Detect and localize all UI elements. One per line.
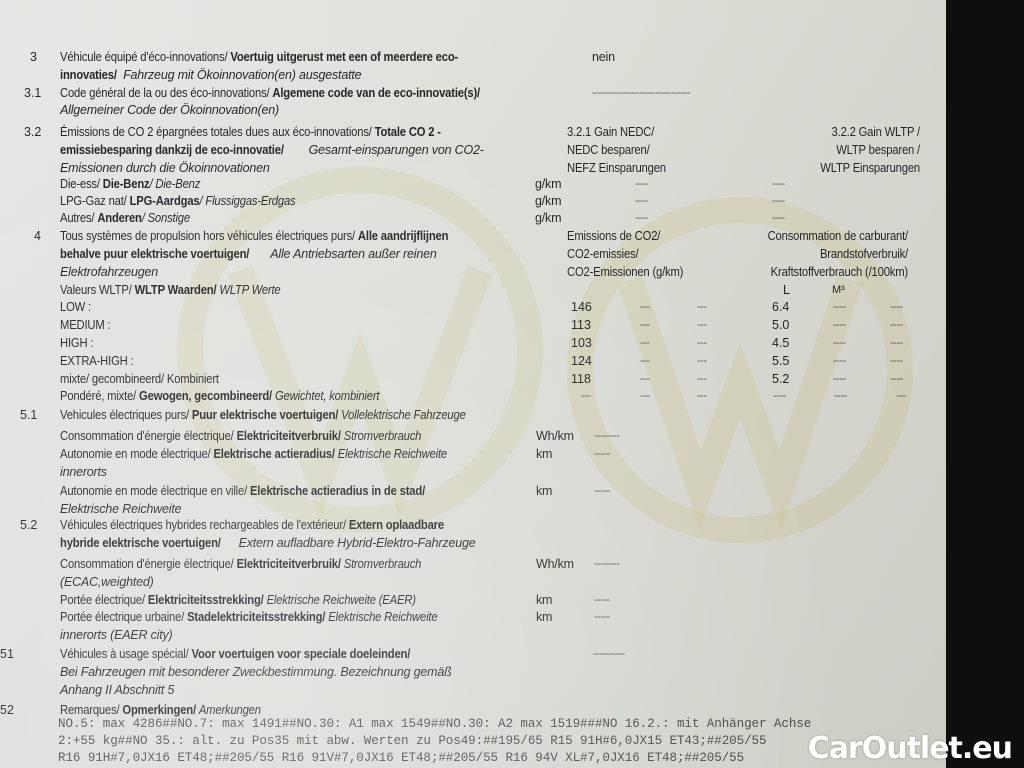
wltp-header-line: WLTP Einsparungen — [803, 159, 920, 177]
unit-label: km — [536, 591, 552, 609]
fuel-header-line: Consommation de carburant/ — [721, 227, 908, 245]
nedc-header-line: NEDC besparen/ — [567, 141, 650, 159]
registration-document-page: 3 Véhicule équipé d'éco-innovations/ Voe… — [0, 0, 946, 768]
metric-label: Consommation d'énergie électrique/ Elekt… — [60, 555, 421, 573]
co2-value: 103 — [571, 334, 592, 352]
dark-background — [946, 0, 1024, 768]
nedc-header-line: 3.2.1 Gain NEDC/ — [567, 123, 654, 141]
phase-label: MEDIUM : — [60, 316, 110, 334]
caroutlet-watermark: CarOutlet.eu — [808, 731, 1012, 766]
metric-label: Autonomie en mode électrique en ville/ E… — [60, 482, 425, 500]
section-3-line-2: innovaties/ Fahrzeug mit Ökoinnovation(e… — [60, 66, 361, 84]
unit-label: Wh/km — [536, 555, 574, 573]
extra-value: ---- — [890, 298, 903, 316]
extra-value: ---- — [890, 316, 903, 334]
co2-value: 113 — [571, 316, 591, 334]
remarks-line: R16 91H#7,0JX16 ET48;##205/55 R16 91V#7,… — [58, 750, 744, 767]
col3-value: --- — [697, 334, 707, 352]
co2-value: 118 — [571, 370, 591, 388]
section-number: 4 — [34, 227, 41, 245]
metric-label: Portée électrique/ Elektriciteitsstrekki… — [60, 591, 416, 609]
col2-value: --- — [640, 316, 650, 334]
liter-value: 4.5 — [772, 334, 789, 352]
co2-value: 146 — [571, 298, 592, 316]
wltp-value: ---- — [772, 192, 785, 210]
m3-value: ---- — [833, 316, 846, 334]
unit-label: km — [536, 608, 552, 626]
remarks-line: 2:+55 kg##NO 35.: alt. zu Pos35 mit abw.… — [58, 733, 766, 750]
section-number: 3.1 — [24, 84, 41, 102]
wltp-values-label: Valeurs WLTP/ WLTP Waarden/ WLTP Werte — [60, 281, 281, 299]
m3-value: ---- — [834, 387, 847, 405]
fuel-type-label: Die-ess/ Die-Benz/ Die-Benz — [60, 175, 200, 193]
metric-label-cont: innerorts (EAER city) — [60, 626, 173, 644]
section-3-1-line-1: Code général de la ou des éco-innovation… — [60, 84, 480, 102]
metric-label: Portée électrique urbaine/ Stadelektrici… — [60, 608, 437, 626]
co2-value: 124 — [571, 352, 592, 370]
liter-value: ---- — [773, 387, 786, 405]
section-number: 5.2 — [20, 516, 37, 534]
wltp-header-line: WLTP besparen / — [803, 141, 920, 159]
m3-value: ---- — [833, 298, 846, 316]
extra-value: ---- — [890, 370, 903, 388]
unit-label: Wh/km — [536, 427, 574, 445]
col2-value: --- — [640, 370, 650, 388]
remarks-line: NO.5: max 4286##NO.7: max 1491##NO.30: A… — [58, 716, 811, 733]
col3-value: --- — [697, 298, 707, 316]
phase-label: LOW : — [60, 298, 91, 316]
phase-label: mixte/ gecombineerd/ Kombiniert — [60, 370, 219, 388]
liter-value: 5.5 — [772, 352, 789, 370]
section-3-1-value: ------------------------------- — [592, 84, 690, 102]
metric-label: Consommation d'énergie électrique/ Elekt… — [60, 427, 421, 445]
fuel-type-label: Autres/ Anderen/ Sonstige — [60, 209, 190, 227]
section-4-line-1: Tous systèmes de propulsion hors véhicul… — [60, 227, 448, 245]
section-51-value: ---------- — [593, 645, 625, 663]
col2-value: --- — [640, 298, 650, 316]
wltp-value: ---- — [772, 209, 785, 227]
section-3-value: nein — [592, 48, 615, 66]
section-number: 51 — [0, 645, 14, 663]
section-3-1-line-2: Allgemeiner Code der Ökoinnovation(en) — [60, 101, 279, 119]
fuel-header-line: Brandstofverbruik/ — [721, 245, 908, 263]
fuel-header-line: Kraftstoffverbrauch (/100km) — [721, 263, 908, 281]
unit-label: km — [536, 445, 552, 463]
metric-value: -------- — [594, 427, 619, 445]
wltp-value: ---- — [772, 175, 785, 193]
m3-value: ---- — [833, 370, 846, 388]
m3-value: ---- — [833, 334, 846, 352]
co2-header-line: CO2-emissies/ — [567, 245, 638, 263]
m3-value: ---- — [833, 352, 846, 370]
weighted-label: Pondéré, mixte/ Gewogen, gecombineerd/ G… — [60, 387, 379, 405]
section-51-line-3: Anhang II Abschnitt 5 — [60, 681, 174, 699]
col3-value: --- — [697, 387, 707, 405]
liter-value: 6.4 — [772, 298, 789, 316]
section-3-line-1: Véhicule équipé d'éco-innovations/ Voert… — [60, 48, 458, 66]
metric-value: ----- — [594, 445, 610, 463]
unit-label: km — [536, 482, 552, 500]
section-3-2-line-2: emissiebesparing dankzij de eco-innovati… — [60, 141, 484, 159]
liter-value: 5.0 — [772, 316, 789, 334]
section-5-2-line-2: hybride elektrische voertuigen/ Extern a… — [60, 534, 475, 552]
co2-header-line: Emissions de CO2/ — [567, 227, 660, 245]
section-51-line-2: Bei Fahrzeugen mit besonderer Zweckbesti… — [60, 663, 452, 681]
section-3-2-line-1: Émissions de CO 2 épargnées totales dues… — [60, 123, 441, 141]
metric-value: -------- — [594, 555, 619, 573]
nedc-value: ---- — [635, 192, 648, 210]
metric-label-cont: (ECAC,weighted) — [60, 573, 154, 591]
phase-label: EXTRA-HIGH : — [60, 352, 133, 370]
section-5-1-title: Vehicules électriques purs/ Puur elektri… — [60, 406, 466, 424]
metric-label: Autonomie en mode électrique/ Elektrisch… — [60, 445, 447, 463]
col2-value: --- — [640, 387, 650, 405]
metric-label-cont: innerorts — [60, 463, 107, 481]
section-4-line-3: Elektrofahrzeugen — [60, 263, 158, 281]
wltp-header-line: 3.2.2 Gain WLTP / — [803, 123, 920, 141]
phase-label: HIGH : — [60, 334, 93, 352]
section-number: 3.2 — [24, 123, 41, 141]
metric-value: ----- — [594, 608, 610, 626]
unit-label: g/km — [535, 209, 561, 227]
extra-value: --- — [896, 387, 906, 405]
fuel-type-label: LPG-Gaz nat/ LPG-Aardgas/ Flussiggas-Erd… — [60, 192, 295, 210]
unit-label: g/km — [535, 175, 561, 193]
co2-value: --- — [581, 387, 591, 405]
section-number: 5.1 — [20, 406, 37, 424]
col2-value: --- — [640, 352, 650, 370]
unit-cubic-meter-label: M³ — [832, 281, 844, 299]
col3-value: --- — [697, 370, 707, 388]
section-number: 3 — [30, 48, 37, 66]
col3-value: --- — [697, 352, 707, 370]
section-number: 52 — [0, 701, 14, 719]
section-5-2-line-1: Véhicules électriques hybrides rechargea… — [60, 516, 444, 534]
nedc-header-line: NEFZ Einsparungen — [567, 159, 666, 177]
nedc-value: ---- — [635, 175, 648, 193]
metric-value: ----- — [594, 482, 610, 500]
liter-value: 5.2 — [772, 370, 789, 388]
col2-value: --- — [640, 334, 650, 352]
col3-value: --- — [697, 316, 707, 334]
co2-header-line: CO2-Emissionen (g/km) — [567, 263, 683, 281]
unit-label: g/km — [535, 192, 561, 210]
unit-liter-label: L — [783, 281, 790, 299]
nedc-value: ---- — [635, 209, 648, 227]
section-4-line-2: behalve puur elektrische voertuigen/ All… — [60, 245, 437, 263]
extra-value: ---- — [890, 334, 903, 352]
section-51-line-1: Véhicules à usage spécial/ Voor voertuig… — [60, 645, 410, 663]
metric-value: ----- — [594, 591, 610, 609]
extra-value: ---- — [890, 352, 903, 370]
